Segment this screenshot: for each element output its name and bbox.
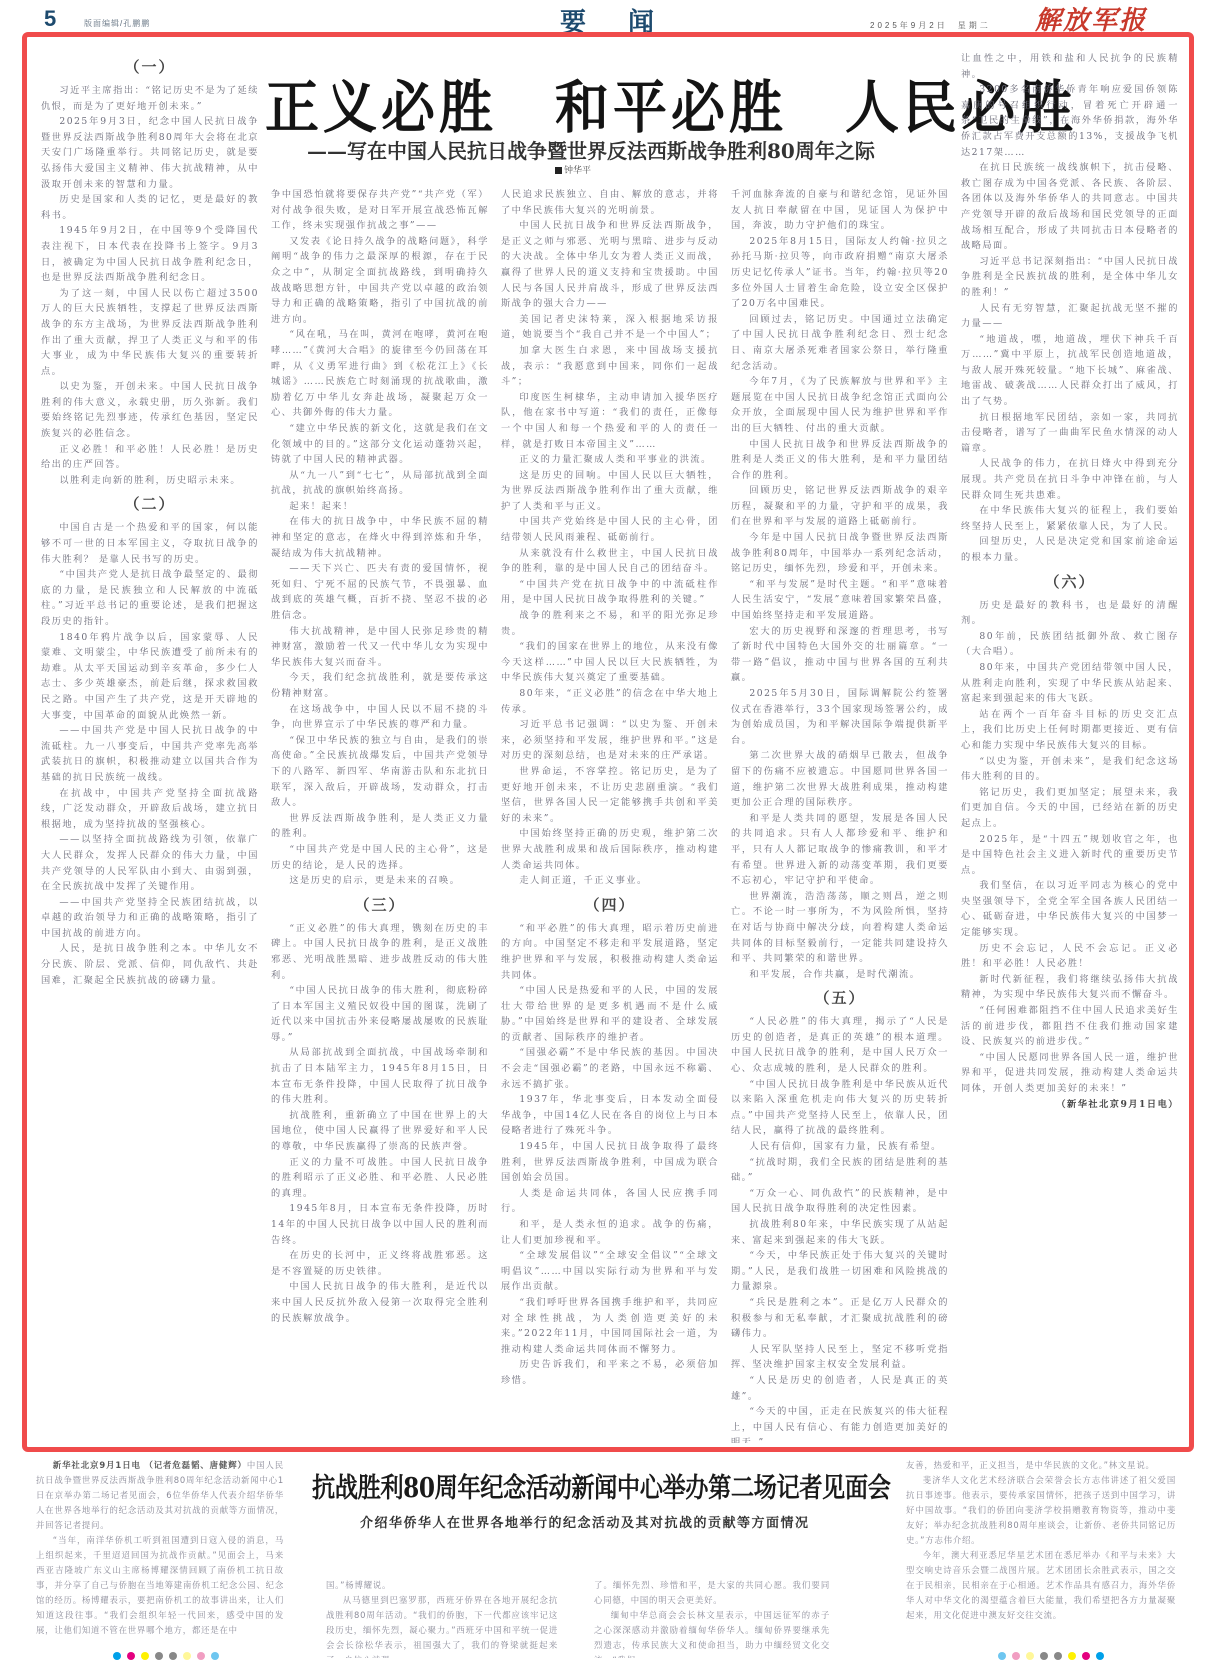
byline: 钟华平 [555, 163, 591, 176]
paragraph: 世界命运，不容掌控。铭记历史，是为了更好地开创未来，不让历史悲剧重演。“我们坚信… [501, 764, 719, 826]
registration-dot-icon [1054, 1652, 1062, 1660]
paragraph: 回顾过去，铭记历史。中国通过立法确定了中国人民抗日战争胜利纪念日、烈士纪念日、南… [731, 312, 949, 374]
paragraph: 让血性之中，用铁和盐和人民抗争的民族精神。 [961, 51, 1179, 82]
registration-dot-icon [211, 1652, 219, 1660]
paragraph: 以史为鉴，开创未来。中国人民抗日战争胜利的伟大意义，永载史册，历久弥新。我们要始… [41, 379, 259, 441]
paragraph: 习近平主席指出：“铭记历史不是为了延续仇恨，而是为了更好地开创未来。” [41, 83, 259, 114]
article-column-5: 让血性之中，用铁和盐和人民抗争的民族精神。 3200多名南侨华侨青年响应爱国侨领… [961, 51, 1179, 1443]
date-text: 2025年9月2日 [870, 21, 948, 30]
paragraph: “中国人民愿同世界各国人民一道，维护世界和平，促进共同发展，推动构建人类命运共同… [961, 1050, 1179, 1097]
paragraph: 中国人民抗日战争暨世界反法西斯战争胜利80周年纪念活动新闻中心1日在京举办第二场… [36, 1460, 284, 1530]
reporters: （记者危磊韬、唐健辉） [144, 1460, 246, 1470]
dateline: 新华社北京9月1日电 [53, 1460, 141, 1470]
paragraph: “中国共产党人是抗日战争最坚定的、最彻底的力量，是民族独立和人民解放的中流砥柱。… [41, 567, 259, 629]
paragraph: 历史是国家和人类的记忆，更是最好的教科书。 [41, 192, 259, 223]
main-article-frame: 正义必胜 和平必胜 人民必胜 ——写在中国人民抗日战争暨世界反法西斯战争胜利80… [22, 32, 1194, 1452]
page-header: 5 版面编辑/孔鹏鹏 要闻 2025年9月2日星期二 解放军报 [0, 0, 1214, 34]
paragraph: 在这场战争中，中国人民以不屈不挠的斗争，向世界宣示了中华民族的尊严和力量。 [271, 702, 489, 733]
paragraph: 从局部抗战到全面抗战，中国战场牵制和抗击了日本陆军主力，1945年8月15日，日… [271, 1045, 489, 1107]
paragraph: 中国人民抗日战争的伟大胜利，是近代以来中国人民反抗外敌入侵第一次取得完全胜利的民… [271, 1279, 489, 1326]
registration-marks-left [113, 1652, 219, 1660]
paragraph: 从来就没有什么救世主，中国人民抗日战争的胜利，靠的是中国人民自己的团结奋斗。 [501, 546, 719, 577]
registration-dot-icon [1096, 1652, 1104, 1660]
bottom-article: 新华社北京9月1日电 （记者危磊韬、唐健辉）中国人民抗日战争暨世界反法西斯战争胜… [0, 1456, 1214, 1664]
registration-dot-icon [1082, 1652, 1090, 1660]
weekday-text: 星期二 [958, 21, 991, 30]
paragraph: 和平发展，合作共赢，是时代潮流。 [731, 967, 949, 983]
paragraph: 人民有信仰，国家有力量，民族有希望。 [731, 1139, 949, 1155]
paragraph: 今年7月，《为了民族解放与世界和平》主题展览在中国人民抗日战争纪念馆正式面向公众… [731, 374, 949, 436]
paragraph: “中国人民抗日战争胜利是中华民族从近代以来陷入深重危机走向伟大复兴的历史转折点。… [731, 1077, 949, 1139]
paragraph: 历史是最好的教科书，也是最好的清醒剂。 [961, 598, 1179, 629]
paragraph: 这是历史的启示，更是未来的召唤。 [271, 873, 489, 889]
registration-dot-icon [1068, 1652, 1076, 1660]
paragraph: 斐济华人文化艺术经济联合会荣誉会长方志伟讲述了祖父爱国抗日事迹事。他表示，要传承… [906, 1473, 1176, 1548]
paragraph: 起来！起来！ [271, 499, 489, 515]
paragraph: 在抗战中，中国共产党坚持全面抗战路线，广泛发动群众，开辟敌后战场，建立抗日根据地… [41, 786, 259, 833]
paragraph: 世界潮流，浩浩荡荡，顺之则昌，逆之则亡。不论一时一事所为，不为风险所惧，坚持在对… [731, 889, 949, 967]
paragraph: 抗日根据地军民团结，亲如一家，共同抗击侵略者，谱写了一曲曲军民鱼水情深的动人篇章… [961, 410, 1179, 457]
paragraph: 今年，澳大利亚悉尼华星艺术团在悉尼举办《和平与未来》大型交响史诗音乐会暨二战图片… [906, 1548, 1176, 1623]
paragraph: 友善，热爱和平，正义担当，是中华民族的文化。”林文星说。 [906, 1458, 1176, 1473]
paragraph: 争中国恐怕就将要保存共产党”“共产党（军）对付战争很失败，是对日军开展宣战恐怖瓦… [271, 187, 489, 234]
bottom-column-mid-1: 国。”杨博耀说。 从马德里到巴塞罗那，西班牙侨界在各地开展纪念抗战胜利80周年活… [326, 1578, 558, 1658]
paragraph: 中国人民抗日战争和世界反法西斯战争的胜利是人类正义的伟大胜利，是和平力量团结合作… [731, 437, 949, 484]
page-number: 5 [44, 6, 56, 32]
registration-dot-icon [1040, 1652, 1048, 1660]
paragraph: “建立中华民族的新文化，这就是我们在文化领域中的目的。”这部分文化运动蓬勃兴起，… [271, 421, 489, 468]
paragraph: “和平必胜”的伟大真理，昭示着历史前进的方向。中国坚定不移走和平发展道路，坚定维… [501, 921, 719, 983]
byline-author: 钟华平 [564, 166, 591, 176]
registration-dot-icon [998, 1652, 1006, 1660]
registration-dot-icon [1012, 1652, 1020, 1660]
paragraph: 千河血脉奔流的自豪与和谐纪念馆，见证外国友人抗日奉献留在中国，见证国人为保护中国… [731, 187, 949, 234]
paragraph: 我们坚信，在以习近平同志为核心的党中央坚强领导下，全党全军全国各族人民团结一心、… [961, 878, 1179, 940]
paragraph: 在历史的长河中，正义终将战胜邪恶。这是不容置疑的历史铁律。 [271, 1248, 489, 1279]
paragraph: 和平，是人类永恒的追求。战争的伤痛，让人们更加珍视和平。 [501, 1217, 719, 1248]
paragraph: 在伟大的抗日战争中，中华民族不屈的精神和坚定的意志，在烽火中得到淬炼和升华，凝结… [271, 514, 489, 561]
paragraph: 在抗日民族统一战线旗帜下，抗击侵略、救亡图存成为中国各党派、各民族、各阶层、各团… [961, 160, 1179, 254]
paragraph: “风在吼，马在叫，黄河在咆哮，黄河在咆哮……”《黄河大合唱》的旋律至今仍回荡在耳… [271, 327, 489, 421]
paragraph: “我们呼吁世界各国携手维护和平，共同应对全球性挑战，为人类创造更美好的未来。”2… [501, 1295, 719, 1357]
paragraph: 回望历史，人民是决定党和国家前途命运的根本力量。 [961, 534, 1179, 565]
paragraph: 抗战胜利80年来，中华民族实现了从站起来、富起来到强起来的伟大飞跃。 [731, 1217, 949, 1248]
paragraph: 1937年，华北事变后，日本发动全面侵华战争，中国14亿人民在各自的岗位上与日本… [501, 1092, 719, 1139]
paragraph: 铭记历史，我们更加坚定；展望未来，我们更加自信。今天的中国，已经站在新的历史起点… [961, 785, 1179, 832]
paragraph: 人类是命运共同体，各国人民应携手同行。 [501, 1186, 719, 1217]
paragraph: 加拿大医生白求恩，来中国战场支援抗战，表示：“我愿意到中国来，同你们一起战斗”； [501, 343, 719, 390]
paragraph: 历史不会忘记，人民不会忘记。正义必胜！和平必胜！人民必胜！ [961, 941, 1179, 972]
paragraph: 中国自古是一个热爱和平的国家，何以能够不可一世的日本军国主义，夺取抗日战争的伟大… [41, 520, 259, 567]
registration-dot-icon [155, 1652, 163, 1660]
paragraph: 2025年8月15日，国际友人约翰·拉贝之孙托马斯·拉贝等，向市政府捐赠“南京大… [731, 234, 949, 312]
registration-dot-icon [141, 1652, 149, 1660]
paragraph: 国。”杨博耀说。 [326, 1578, 558, 1593]
paragraph: “正义必胜”的伟大真理，镌刻在历史的丰碑上。中国人民抗日战争的胜利，是正义战胜邪… [271, 921, 489, 983]
paragraph: “中国人民抗日战争的伟大胜利，彻底粉碎了日本军国主义殖民奴役中国的图谋，洗刷了近… [271, 983, 489, 1045]
paragraph: 人民军队坚持人民至上，坚定不移听党指挥、坚决维护国家主权安全发展利益。 [731, 1342, 949, 1373]
paragraph: 2025年9月3日，纪念中国人民抗日战争暨世界反法西斯战争胜利80周年大会将在北… [41, 114, 259, 192]
paragraph: 1945年8月，日本宣布无条件投降，历时14年的中国人民抗日战争以中国人民的胜利… [271, 1201, 489, 1248]
registration-dot-icon [113, 1652, 121, 1660]
section-heading-4: （四） [501, 891, 719, 919]
paragraph: “中国人民是热爱和平的人民，中国的发展壮大带给世界的是更多机遇而不是什么威胁。”… [501, 983, 719, 1045]
article-column-2: 争中国恐怕就将要保存共产党”“共产党（军）对付战争很失败，是对日军开展宣战恐怖瓦… [271, 187, 489, 1443]
registration-dot-icon [169, 1652, 177, 1660]
paragraph: “中国共产党在抗日战争中的中流砥柱作用，是中国人民抗日战争取得胜利的关键。” [501, 577, 719, 608]
paragraph: 正义的力量不可战胜。中国人民抗日战争的胜利昭示了正义必胜、和平必胜、人民必胜的真… [271, 1155, 489, 1202]
paragraph: 历史告诉我们，和平来之不易，必须倍加珍惜。 [501, 1357, 719, 1388]
paragraph: 1840年鸦片战争以后，国家蒙辱、人民蒙难、文明蒙尘，中华民族遭受了前所未有的劫… [41, 630, 259, 724]
paragraph: 80年来，“正义必胜”的信念在中华大地上传承。 [501, 686, 719, 717]
bottom-headline: 抗战胜利80周年纪念活动新闻中心举办第二场记者见面会 [312, 1466, 890, 1505]
paragraph: 人民有无穷智慧，汇聚起抗战无坚不摧的力量—— [961, 301, 1179, 332]
paragraph: “兵民是胜利之本”。正是亿万人民群众的积极参与和无私奉献，才汇聚成抗战胜利的磅礴… [731, 1295, 949, 1342]
paragraph: 走人间正道，千正义事业。 [501, 873, 719, 889]
paragraph: 人民追求民族独立、自由、解放的意志，并将了中华民族伟大复兴的光明前景。 [501, 187, 719, 218]
paragraph: 3200多名南侨华侨青年响应爱国侨领陈嘉庚的号召组织行动，冒着死亡开辟通一条“卫… [961, 82, 1179, 160]
paragraph: “我们的国家在世界上的地位，从来没有像今天这样……”中国人民以巨大民族牺牲，为中… [501, 639, 719, 686]
byline-square-icon [555, 167, 562, 174]
paragraph: 正义必胜！和平必胜！人民必胜！是历史给出的庄严回答。 [41, 442, 259, 473]
registration-dot-icon [197, 1652, 205, 1660]
paragraph: 印度医生柯棣华，主动申请加入援华医疗队，他在家书中写道：“我们的责任，正像每一个… [501, 390, 719, 452]
registration-dot-icon [127, 1652, 135, 1660]
paragraph: “今天，中华民族正处于伟大复兴的关键时期。”人民，是我们战胜一切困难和风险挑战的… [731, 1248, 949, 1295]
section-heading-1: （一） [41, 53, 259, 81]
paragraph: 2025年5月30日，国际调解院公约签署仪式在香港举行，33个国家现场签署公约，… [731, 686, 949, 748]
registration-dot-icon [1026, 1652, 1034, 1660]
article-column-1: （一） 习近平主席指出：“铭记历史不是为了延续仇恨，而是为了更好地开创未来。” … [41, 51, 259, 1443]
bottom-subheadline: 介绍华侨华人在世界各地举行的纪念活动及其对抗战的贡献等方面情况 [360, 1512, 810, 1531]
paragraph: “和平与发展”是时代主题。“和平”意味着人民生活安宁，“发展”意味着国家繁荣昌盛… [731, 577, 949, 624]
paragraph: 世界反法西斯战争胜利，是人类正义力量的胜利。 [271, 811, 489, 842]
paragraph: ——以坚持全面抗战路线为引领，依靠广大人民群众，发挥人民群众的伟大力量，中国共产… [41, 832, 259, 894]
section-heading-5: （五） [731, 984, 949, 1012]
main-headline: 正义必胜 和平必胜 人民必胜 [265, 63, 1077, 144]
paragraph: 为了这一刻，中国人民以伤亡超过3500万人的巨大民族牺牲，支撑起了世界反法西斯战… [41, 286, 259, 380]
paragraph: ——中国共产党坚持全民族团结抗战，以卓越的政治领导力和正确的战略策略，指引了中国… [41, 895, 259, 942]
paragraph: 又发表《论日持久战争的战略问题》，科学阐明“战争的伟力之最深厚的根源，存在于民众… [271, 234, 489, 328]
paragraph: 美国记者史沫特莱，深入根据地采访报道，她说要当个“我自己并不是一个中国人”； [501, 312, 719, 343]
paragraph: 从马德里到巴塞罗那，西班牙侨界在各地开展纪念抗战胜利80周年活动。“我们的侨胞，… [326, 1593, 558, 1658]
paragraph: 2025年，是“十四五”规划收官之年，也是中国特色社会主义进入新时代的重要历史节… [961, 832, 1179, 879]
paragraph: 今天，我们纪念抗战胜利，就是要传承这份精神财富。 [271, 670, 489, 701]
paragraph: 抗战胜利，重新确立了中国在世界上的大国地位，使中国人民赢得了世界爱好和平人民的尊… [271, 1108, 489, 1155]
paragraph: 中国人民抗日战争和世界反法西斯战争，是正义之师与邪恶、光明与黑暗、进步与反动的大… [501, 218, 719, 312]
paragraph: 正义的力量汇聚成人类和平事业的洪流。 [501, 452, 719, 468]
registration-marks-right [998, 1652, 1104, 1660]
paragraph: “国强必霸”不是中华民族的基因。中国决不会走“国强必霸”的老路，中国永远不称霸、… [501, 1045, 719, 1092]
paragraph: 1945年9月2日，在中国等9个受降国代表注视下，日本代表在投降书上签字。9月3… [41, 223, 259, 285]
paragraph: 80年来，中国共产党团结带领中国人民，从胜利走向胜利，实现了中华民族从站起来、富… [961, 660, 1179, 707]
paragraph: ——天下兴亡、匹夫有责的爱国情怀，视死如归、宁死不屈的民族气节，不畏强暴、血战到… [271, 561, 489, 623]
section-heading-3: （三） [271, 891, 489, 919]
paragraph: ——中国共产党是中国人民抗日战争的中流砥柱。九一八事变后，中国共产党率先高举武装… [41, 723, 259, 785]
paragraph: “万众一心、同仇敌忾”的民族精神，是中国人民抗日战争取得胜利的决定性因素。 [731, 1186, 949, 1217]
article-column-3: 人民追求民族独立、自由、解放的意志，并将了中华民族伟大复兴的光明前景。 中国人民… [501, 187, 719, 1443]
paragraph: 1945年，中国人民抗日战争取得了最终胜利，世界反法西斯战争胜利，中国成为联合国… [501, 1139, 719, 1186]
paragraph: “人民是历史的创造者，人民是真正的英雄”。 [731, 1373, 949, 1404]
paragraph: 缅甸中华总商会会长林文星表示，中国远征军的赤子之心深深感动并激励着缅甸华侨华人。… [594, 1608, 830, 1658]
paragraph: “人民必胜”的伟大真理，揭示了“人民是历史的创造者，是真正的英雄”的根本道理。中… [731, 1014, 949, 1076]
paragraph: 今年是中国人民抗日战争暨世界反法西斯战争胜利80周年，中国举办一系列纪念活动，铭… [731, 530, 949, 577]
registration-dot-icon [183, 1652, 191, 1660]
paragraph: 第二次世界大战的硝烟早已散去，但战争留下的伤痛不应被遗忘。中国愿同世界各国一道，… [731, 748, 949, 810]
paragraph: 在中华民族伟大复兴的征程上，我们要始终坚持人民至上，紧紧依靠人民，为了人民。 [961, 503, 1179, 534]
paragraph: 伟大抗战精神，是中国人民弥足珍贵的精神财富，激励着一代又一代中华儿女为实现中华民… [271, 624, 489, 671]
editor-credit: 版面编辑/孔鹏鹏 [84, 18, 150, 29]
paragraph: 站在两个一百年奋斗目标的历史交汇点上，我们比历史上任何时期都更接近、更有信心和能… [961, 707, 1179, 754]
paragraph: 人民战争的伟力，在抗日烽火中得到充分展现。共产党员在抗日斗争中冲锋在前，与人民群… [961, 456, 1179, 503]
paragraph: 中国共产党始终是中国人民的主心骨，团结带领人民风雨兼程、砥砺前行。 [501, 514, 719, 545]
bottom-column-right: 友善，热爱和平，正义担当，是中华民族的文化。”林文星说。 斐济华人文化艺术经济联… [906, 1458, 1176, 1638]
paragraph: 和平是人类共同的愿望，发展是各国人民的共同追求。只有人人都珍爱和平、维护和平，只… [731, 811, 949, 889]
paragraph: “中国共产党是中国人民的主心骨”，这是历史的结论，是人民的选择。 [271, 842, 489, 873]
paragraph: 习近平总书记强调：“以史为鉴、开创未来，必须坚持和平发展，维护世界和平。”这是对… [501, 717, 719, 764]
paragraph: 中国始终坚持正确的历史观，维护第二次世界大战胜利成果和战后国际秩序，推动构建人类… [501, 826, 719, 873]
paragraph: 这是历史的回响。中国人民以巨大牺牲，为世界反法西斯战争胜利作出了重大贡献，维护了… [501, 468, 719, 515]
paragraph: 新时代新征程，我们将继续弘扬伟大抗战精神，为实现中华民族伟大复兴而不懈奋斗。 [961, 972, 1179, 1003]
main-subheadline: ——写在中国人民抗日战争暨世界反法西斯战争胜利80周年之际 [307, 135, 875, 164]
bottom-column-mid-2: 了。缅怀先烈、珍惜和平，是大家的共同心愿。我们要同心同德，中国的明天会更美好。 … [594, 1578, 830, 1658]
section-heading-6: （六） [961, 568, 1179, 596]
paragraph: 回顾历史，铭记世界反法西斯战争的艰辛历程，凝聚和平的力量，守护和平的成果，我们在… [731, 483, 949, 530]
paragraph: “今天的中国，正走在民族复兴的伟大征程上，中国人民有信心、有能力创造更加美好的明… [731, 1404, 949, 1443]
paragraph: 战争的胜利来之不易，和平的阳光弥足珍贵。 [501, 608, 719, 639]
paragraph: “保卫中华民族的独立与自由，是我们的崇高使命。”全民族抗战爆发后，中国共产党领导… [271, 733, 489, 811]
section-heading-2: （二） [41, 490, 259, 518]
paragraph: 宏大的历史视野和深邃的哲理思考，书写了新时代中国特色大国外交的壮丽篇章。“一带一… [731, 624, 949, 686]
paragraph: “抗战时期，我们全民族的团结是胜利的基础。” [731, 1155, 949, 1186]
article-column-4: 千河血脉奔流的自豪与和谐纪念馆，见证外国友人抗日奉献留在中国，见证国人为保护中国… [731, 187, 949, 1443]
article-signoff: （新华社北京9月1日电） [961, 1097, 1179, 1113]
paragraph: 习近平总书记深刻指出：“中国人民抗日战争胜利是全民族抗战的胜利，是全体中华儿女的… [961, 254, 1179, 301]
paragraph: “全球发展倡议”“全球安全倡议”“全球文明倡议”……中国以实际行动为世界和平与发… [501, 1248, 719, 1295]
paragraph: “当年，南洋华侨机工听到祖国遭到日寇入侵的消息，马上组织起来，千里迢迢回国为抗战… [36, 1533, 284, 1638]
paragraph: “以史为鉴，开创未来”，是我们纪念这场伟大胜利的目的。 [961, 754, 1179, 785]
paragraph: 80年前，民族团结抵御外敌、救亡图存（大合唱）。 [961, 629, 1179, 660]
issue-date: 2025年9月2日星期二 [870, 20, 991, 31]
paragraph: 了。缅怀先烈、珍惜和平，是大家的共同心愿。我们要同心同德，中国的明天会更美好。 [594, 1578, 830, 1608]
paragraph: “地道战，嘿，地道战，埋伏下神兵千百万……”冀中平原上，抗战军民创造地道战，与敌… [961, 332, 1179, 410]
paragraph: 以胜利走向新的胜利，历史昭示未来。 [41, 473, 259, 489]
paragraph: 人民，是抗日战争胜利之本。中华儿女不分民族、阶层、党派、信仰，同仇敌忾、共赴国难… [41, 941, 259, 988]
bottom-column-left: 新华社北京9月1日电 （记者危磊韬、唐健辉）中国人民抗日战争暨世界反法西斯战争胜… [36, 1458, 284, 1638]
paragraph: “任何困难都阻挡不住中国人民追求美好生活的前进步伐，都阻挡不住我们推动国家建设、… [961, 1003, 1179, 1050]
paragraph: 从“九一八”到“七七”，从局部抗战到全面抗战，抗战的旗帜始终高扬。 [271, 468, 489, 499]
